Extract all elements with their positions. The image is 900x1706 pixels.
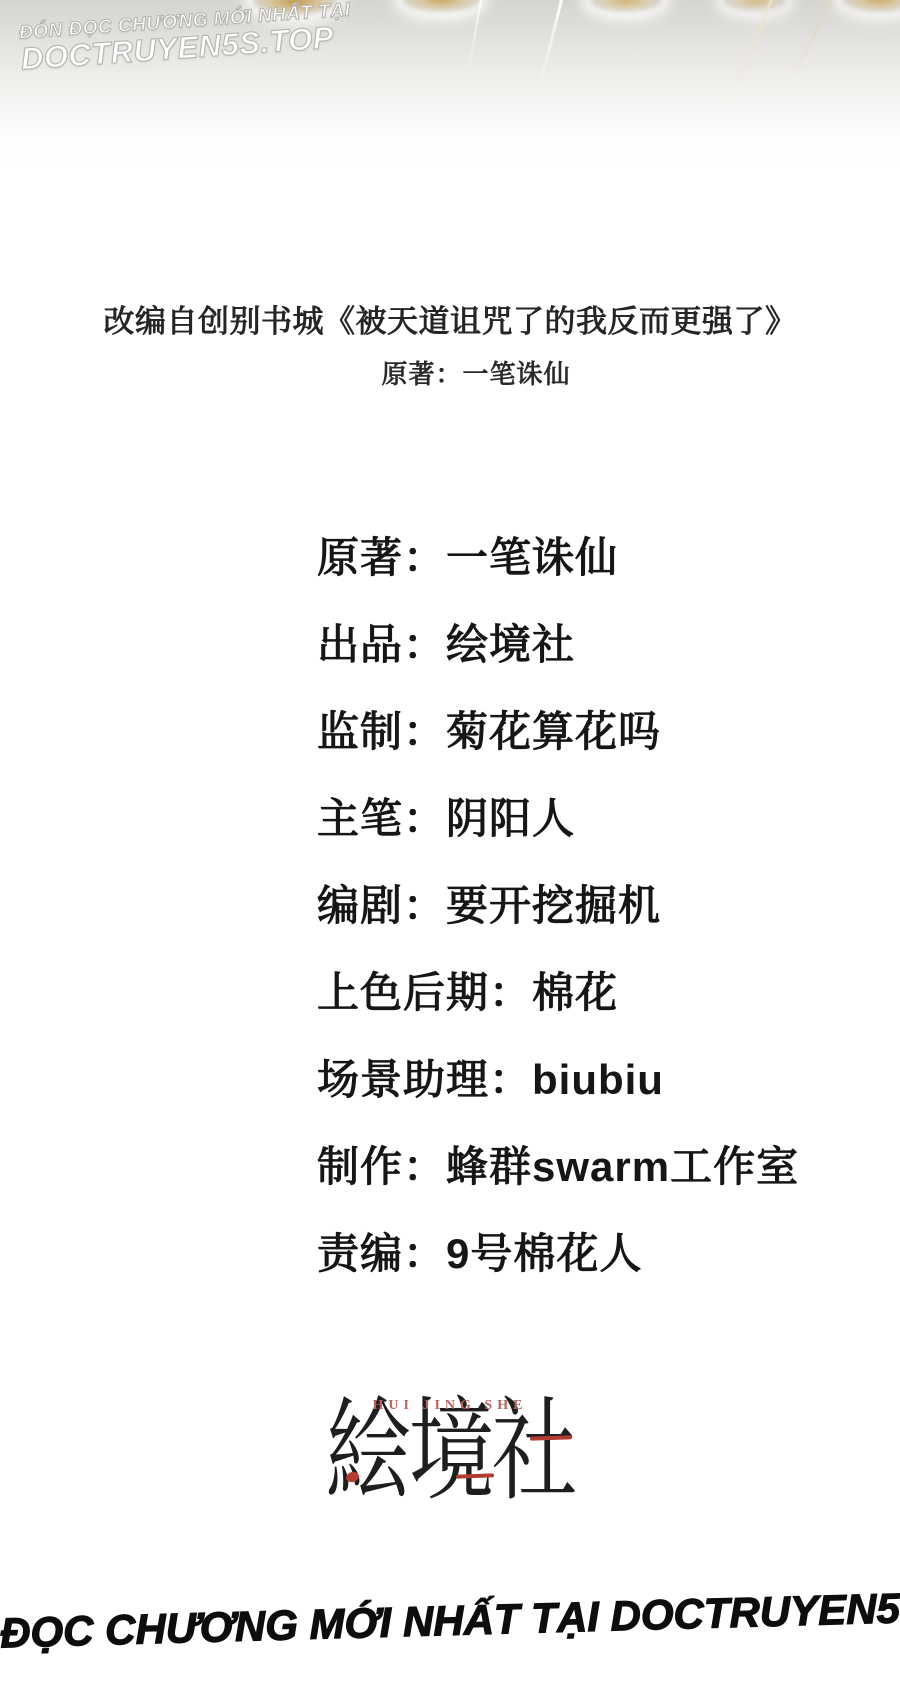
credit-line-supervisor: 监制：菊花算花吗 — [317, 688, 799, 775]
light-streak — [537, 0, 563, 93]
light-streak — [729, 0, 773, 103]
credit-line-coloring: 上色后期：棉花 — [317, 949, 799, 1036]
credit-line-scene-assistant: 场景助理：biubiu — [317, 1036, 799, 1123]
site-banner-bottom: ĐỌC CHƯƠNG MỚI NHẤT TẠI DOCTRUYEN5S.TOP — [0, 1584, 900, 1657]
credit-line-producer: 出品：绘境社 — [317, 601, 799, 688]
gold-artwork-blob — [590, 0, 662, 12]
studio-logo-romanized: HUI JING SHE — [0, 1398, 900, 1414]
light-streak — [793, 0, 832, 77]
credits-list: 原著：一笔诛仙 出品：绘境社 监制：菊花算花吗 主笔：阴阳人 编剧：要开挖掘机 … — [317, 514, 799, 1297]
credit-line-editor: 责编：9号棉花人 — [317, 1210, 799, 1297]
gold-artwork-blob — [402, 0, 480, 12]
comic-credits-page: ĐÓN ĐỌC CHƯƠNG MỚI NHẤT TẠI DOCTRUYEN5S.… — [0, 0, 900, 1706]
studio-logo: HUI JING SHE 絵境社 — [0, 1392, 900, 1542]
credit-line-original-author: 原著：一笔诛仙 — [317, 514, 799, 601]
gold-artwork-blob — [724, 0, 786, 11]
credit-line-lead-artist: 主笔：阴阳人 — [317, 775, 799, 862]
credit-line-screenwriter: 编剧：要开挖掘机 — [317, 862, 799, 949]
adaptation-title: 改编自创别书城《被天道诅咒了的我反而更强了》 — [0, 296, 900, 341]
gold-artwork-blob — [842, 0, 900, 12]
light-streak — [468, 0, 482, 69]
credit-line-production: 制作：蜂群swarm工作室 — [317, 1123, 799, 1210]
original-author-subtitle: 原著：一笔诛仙 — [26, 354, 900, 391]
